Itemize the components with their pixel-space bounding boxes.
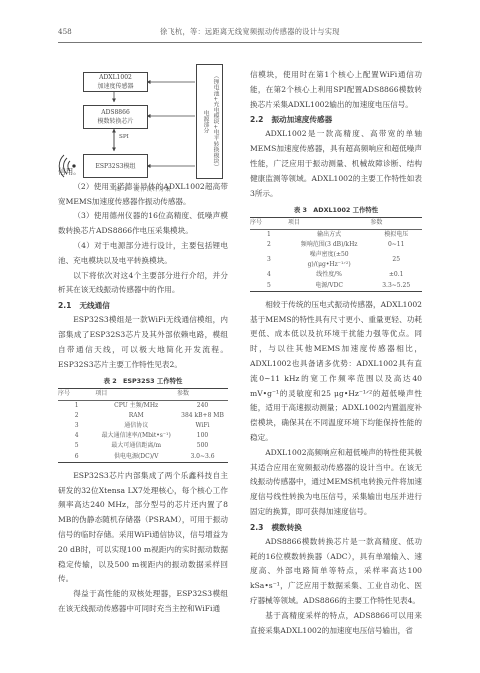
table-row: 2频响范围(3 dB)/kHz0~11 <box>250 240 422 250</box>
cell: 3.3~5.25 <box>370 281 422 292</box>
paragraph: （4）对于电源部分进行设计，主要包括锂电池、充电模块以及电平转换模块。 <box>58 239 228 269</box>
cell: 3 <box>58 421 95 431</box>
table-row: 4线性度/%±0.1 <box>250 270 422 280</box>
table-caption: 表 2 ESP32S3 工作特性 <box>58 374 228 388</box>
paragraph: 相较于传统的压电式振动传感器，ADXL1002基于MEMS的特性具有尺寸更小、重… <box>250 298 422 446</box>
cell: 100 <box>177 431 228 441</box>
running-title: 徐飞杭，等：远距离无线宽频振动传感器的设计与实现 <box>160 27 340 37</box>
table-adxl1002-specs: 序号 项目 参数 1输出方式模拟电压 2频响范围(3 dB)/kHz0~11 3… <box>250 217 422 291</box>
table-row: 6供电电源(DC)/V3.0~3.6 <box>58 452 228 463</box>
section-number: 2.2 <box>250 115 263 124</box>
left-column: 信用。 （2）使用亚诺德半导体的ADXL1002超高带宽MEMS加速度传感器作振… <box>58 165 228 617</box>
table-row: 2RAM384 kB+8 MB <box>58 411 228 421</box>
block-label: ADXL1002 <box>99 73 132 82</box>
block-sublabel: 加速度传感器 <box>97 82 133 91</box>
cell: 频响范围(3 dB)/kHz <box>288 240 371 250</box>
cell: 通信协议 <box>95 421 177 431</box>
cell: RAM <box>95 411 177 421</box>
cell: ±0.1 <box>370 270 422 280</box>
paragraph: 信用。 <box>58 165 228 180</box>
cell: 4 <box>250 270 288 280</box>
section-number: 2.1 <box>58 301 71 310</box>
cell: 3.0~3.6 <box>177 452 228 463</box>
section-number: 2.3 <box>250 523 263 532</box>
column-header: 序号 <box>58 389 95 400</box>
section-heading-2-1: 2.1无线通信 <box>58 298 228 313</box>
column-header: 序号 <box>250 218 288 229</box>
cell: 模拟电压 <box>370 229 422 240</box>
block-label: ADS8866 <box>101 108 130 117</box>
block-power: 电源部分 （锂电池+充电模块+电平转换模块） <box>196 64 223 179</box>
cell: 最大通信速率/(Mbit•s⁻¹) <box>95 431 177 441</box>
block-ads8866: ADS8866 模数转换芯片 <box>83 105 148 129</box>
cell: 240 <box>177 400 228 411</box>
running-header: 458 徐飞杭，等：远距离无线宽频振动传感器的设计与实现 <box>58 27 422 39</box>
cell: CPU 主频/MHz <box>95 400 177 411</box>
cell: 最大可通信距离/m <box>95 441 177 451</box>
table-header-row: 序号 项目 参数 <box>58 389 228 400</box>
cell: 1 <box>250 229 288 240</box>
table-header-row: 序号 项目 参数 <box>250 218 422 229</box>
section-title: 振动加速度传感器 <box>271 115 332 124</box>
paragraph: ESP32S3芯片内部集成了两个乐鑫科技自主研发的32位Xtensa LX7处理… <box>58 469 228 587</box>
table-row: 3噪声密度(±50 g)/(μg•Hz⁻¹ᐟ²)25 <box>250 250 422 270</box>
spi-link-label: SPI <box>119 134 129 140</box>
section-heading-2-2: 2.2振动加速度传感器 <box>250 112 422 127</box>
journal-page: 458 徐飞杭，等：远距离无线宽频振动传感器的设计与实现 <box>0 0 480 673</box>
cell: 输出方式 <box>288 229 371 240</box>
paragraph: 信模块，使用时在第1个核心上配置WiFi通信功能，在第2个核心上利用SPI配置A… <box>250 68 422 112</box>
paragraph: 基于高精度采样的特点，ADS8866可以用来直接采集ADXL1002的加速度电压… <box>250 609 422 639</box>
cell: 线性度/% <box>288 270 371 280</box>
paragraph: ADXL1002是一款高精度、高带宽的单轴MEMS加速度传感器，具有超高频响应和… <box>250 127 422 201</box>
block-sublabel: （锂电池+充电模块+电平转换模块） <box>210 73 219 170</box>
paragraph: 以下将依次对这4个主要部分进行介绍，并分析其在该无线振动传感器中的作用。 <box>58 269 228 299</box>
column-header: 项目 <box>288 218 371 229</box>
table-esp32s3-specs: 序号 项目 参数 1CPU 主频/MHz240 2RAM384 kB+8 MB … <box>58 388 228 462</box>
paragraph: ADS8866模数转换芯片是一款高精度、低功耗的16位模数转换器（ADC），具有… <box>250 535 422 609</box>
section-heading-2-3: 2.3模数转换 <box>250 520 422 535</box>
table-row: 1CPU 主频/MHz240 <box>58 400 228 411</box>
column-header: 项目 <box>95 389 177 400</box>
cell: 5 <box>250 281 288 292</box>
cell: 0~11 <box>370 240 422 250</box>
right-column: 信模块，使用时在第1个核心上配置WiFi通信功能，在第2个核心上利用SPI配置A… <box>250 68 422 638</box>
paragraph: 得益于高性能的双核处理器，ESP32S3模组在该无线振动传感器中可同时充当主控和… <box>58 587 228 617</box>
column-header: 参数 <box>177 389 228 400</box>
paragraph: （3）使用德州仪器的16位高精度、低噪声模数转换芯片ADS8866作电压采集模块… <box>58 209 228 239</box>
table-row: 1输出方式模拟电压 <box>250 229 422 240</box>
block-sublabel: 模数转换芯片 <box>97 117 133 126</box>
cell: 2 <box>250 240 288 250</box>
cell: 6 <box>58 452 95 463</box>
column-header: 参数 <box>370 218 422 229</box>
cell: 2 <box>58 411 95 421</box>
paragraph: ESP32S3模组是一款WiFi无线通信模组，内部集成了ESP32S3芯片及其外… <box>58 313 228 372</box>
block-label: 电源部分 <box>200 110 209 133</box>
cell: 电源/VDC <box>288 281 371 292</box>
table-caption: 表 3 ADXL1002 工作特性 <box>250 203 422 217</box>
section-title: 模数转换 <box>271 523 301 532</box>
cell: 500 <box>177 441 228 451</box>
table-row: 4最大通信速率/(Mbit•s⁻¹)100 <box>58 431 228 441</box>
cell: 384 kB+8 MB <box>177 411 228 421</box>
table-row: 5电源/VDC3.3~5.25 <box>250 281 422 292</box>
cell: 供电电源(DC)/V <box>95 452 177 463</box>
table-row: 3通信协议WiFi <box>58 421 228 431</box>
paragraph: （2）使用亚诺德半导体的ADXL1002超高带宽MEMS加速度传感器作振动传感器… <box>58 180 228 210</box>
header-rule <box>58 42 422 43</box>
paragraph: ADXL1002高频响应和超低噪声的特性使其极其适合应用在宽频振动传感器的设计当… <box>250 446 422 520</box>
section-title: 无线通信 <box>79 301 109 310</box>
cell: 5 <box>58 441 95 451</box>
cell: 1 <box>58 400 95 411</box>
cell: 噪声密度(±50 g)/(μg•Hz⁻¹ᐟ²) <box>288 250 371 270</box>
page-number: 458 <box>58 27 72 36</box>
cell: 3 <box>250 250 288 270</box>
cell: WiFi <box>177 421 228 431</box>
block-adxl1002: ADXL1002 加速度传感器 <box>83 72 148 92</box>
cell: 25 <box>370 250 422 270</box>
cell: 4 <box>58 431 95 441</box>
table-row: 5最大可通信距离/m500 <box>58 441 228 451</box>
